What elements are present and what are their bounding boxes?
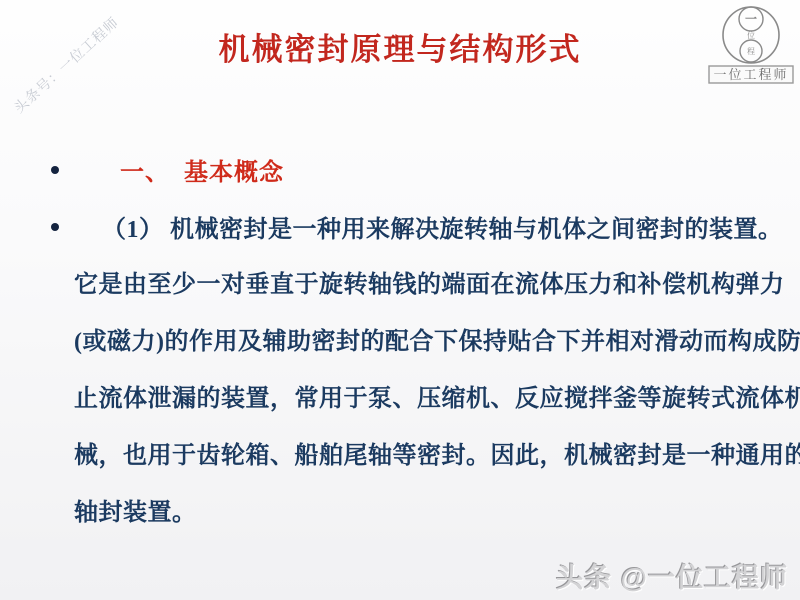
- logo-box-label: 一位工程师: [713, 67, 788, 82]
- body-paragraph: 它是由至少一对垂直于旋转轴钱的端面在流体压力和补偿机构弹力 (或磁力)的作用及辅…: [74, 257, 774, 542]
- bullet-icon: [51, 223, 59, 231]
- watermark-footer: 头条 @一位工程师: [556, 556, 788, 595]
- list-item-definition: （1） 机械密封是一种用来解决旋转轴与机体之间密封的装置。: [102, 209, 783, 244]
- logo-top-glyph: 一: [745, 12, 757, 26]
- paragraph-line: (或磁力)的作用及辅助密封的配合下保持贴合下并相对滑动而构成防: [74, 314, 774, 371]
- slide-title: 机械密封原理与结构形式: [0, 24, 800, 69]
- engineer-stamp-icon: 一 位 程 一位工程师: [706, 2, 796, 84]
- paragraph-line: 它是由至少一对垂直于旋转轴钱的端面在流体压力和补偿机构弹力: [74, 257, 774, 314]
- bullet-icon: [51, 166, 59, 174]
- paragraph-line: 止流体泄漏的装置，常用于泵、压缩机、反应搅拌釜等旋转式流体机: [74, 371, 774, 428]
- engineer-stamp-logo: 一 位 程 一位工程师: [706, 2, 796, 84]
- presentation-slide: 头条号：一位工程师 机械密封原理与结构形式 一 位 程 一位工程师 一、 基本概…: [0, 0, 800, 600]
- paragraph-line: 轴封装置。: [74, 485, 774, 542]
- logo-bottom-glyph: 程: [747, 47, 755, 56]
- logo-mid-glyph: 位: [747, 30, 755, 40]
- paragraph-line: 械，也用于齿轮箱、船舶尾轴等密封。因此，机械密封是一种通用的: [74, 428, 774, 485]
- section-heading: 一、 基本概念: [120, 152, 284, 187]
- watermark-top-left: 头条号：一位工程师: [0, 0, 180, 150]
